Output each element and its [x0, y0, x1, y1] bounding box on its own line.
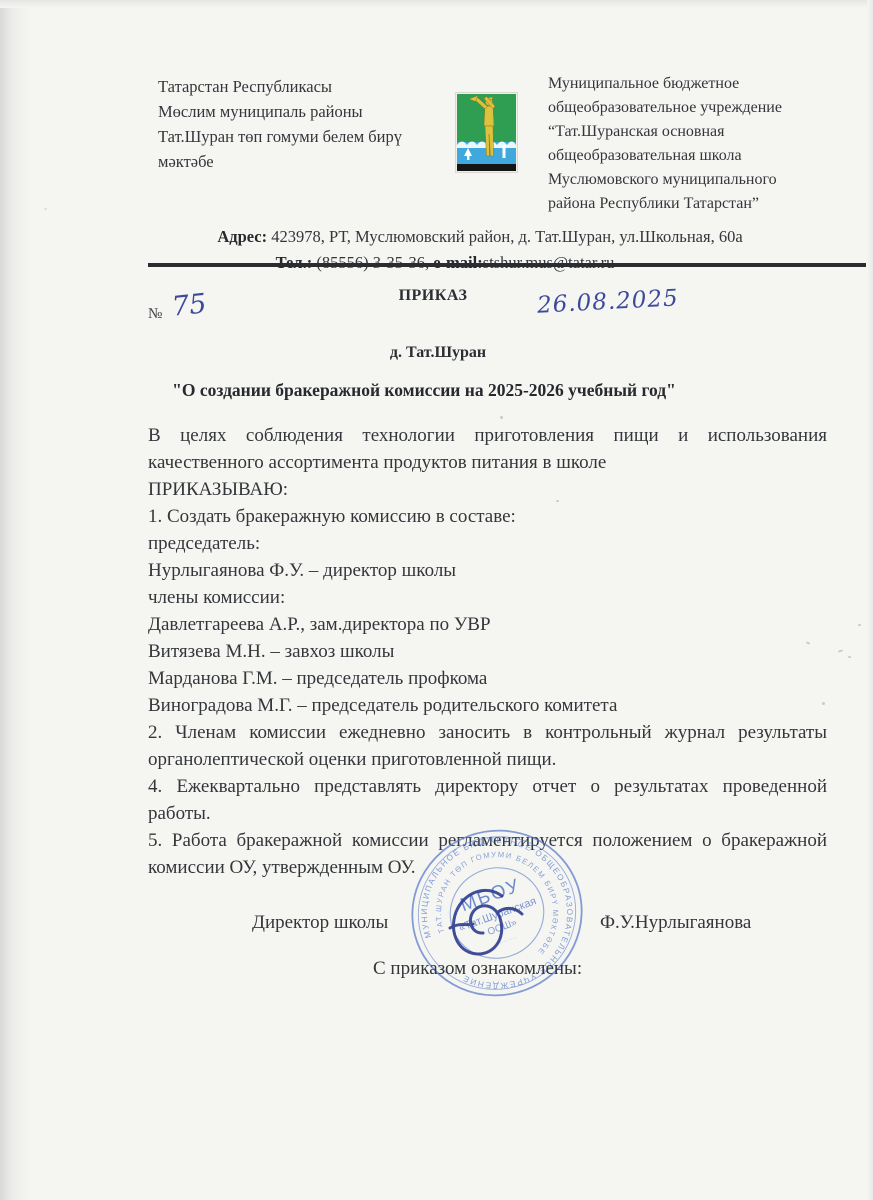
- org-name-russian-line: района Республики Татарстан”: [548, 192, 848, 216]
- order-number-label: №: [148, 306, 162, 323]
- director-name: Ф.У.Нурлыгаянова: [600, 912, 751, 934]
- body-paragraph: председатель:: [148, 530, 827, 557]
- director-signature: [440, 882, 550, 966]
- body-paragraph: Давлетгареева А.Р., зам.директора по УВР: [148, 611, 827, 638]
- divider-rule: [148, 263, 866, 267]
- order-heading: ПРИКАЗ: [0, 287, 866, 305]
- scanned-order-document: Татарстан Республикасы Мөслим муниципаль…: [0, 0, 873, 1200]
- contact-block: Адрес: 423978, РТ, Муслюмовский район, д…: [140, 224, 820, 276]
- org-name-tatar-line: мәктәбе: [158, 149, 402, 174]
- acknowledgement-line: С приказом ознакомлены:: [373, 958, 582, 980]
- body-paragraph: члены комиссии:: [148, 584, 827, 611]
- order-title: "О создании бракеражной комиссии на 2025…: [0, 380, 848, 401]
- body-paragraph: 2. Членам комиссии ежедневно заносить в …: [148, 719, 827, 773]
- scan-speck: [848, 656, 851, 658]
- org-name-russian-line: “Тат.Шуранская основная: [548, 120, 848, 144]
- scan-speck: [556, 500, 559, 502]
- body-paragraph: В целях соблюдения технологии приготовле…: [148, 422, 827, 476]
- contact-address-line: Адрес: 423978, РТ, Муслюмовский район, д…: [140, 224, 820, 250]
- org-name-russian-line: Муслюмовского муниципального: [548, 168, 848, 192]
- coat-of-arms-icon: [455, 92, 518, 173]
- scan-edge-shadow-left: [0, 0, 30, 1200]
- body-paragraph: ПРИКАЗЫВАЮ:: [148, 476, 827, 503]
- body-paragraph: Марданова Г.М. – председатель профкома: [148, 665, 827, 692]
- director-role-label: Директор школы: [252, 912, 388, 934]
- scan-speck: [858, 624, 861, 626]
- body-paragraph: Нурлыгаянова Ф.У. – директор школы: [148, 557, 827, 584]
- order-body: В целях соблюдения технологии приготовле…: [148, 422, 827, 881]
- org-name-tatar-line: Татарстан Республикасы: [158, 74, 402, 99]
- scan-speck: [500, 416, 503, 419]
- place-line: д. Тат.Шуран: [0, 344, 873, 362]
- scan-speck: [838, 649, 843, 652]
- org-name-tatar-line: Тат.Шуран төп гомуми белем бирү: [158, 124, 402, 149]
- scan-edge-shadow-right: [867, 0, 873, 1200]
- body-paragraph: Витязева М.Н. – завхоз школы: [148, 638, 827, 665]
- org-name-russian-line: Муниципальное бюджетное: [548, 72, 848, 96]
- address-value: 423978, РТ, Муслюмовский район, д. Тат.Ш…: [267, 227, 743, 246]
- org-name-russian-line: общеобразовательная школа: [548, 144, 848, 168]
- body-paragraph: Виноградова М.Г. – председатель родитель…: [148, 692, 827, 719]
- scan-edge-shadow-top: [0, 0, 873, 8]
- scan-speck: [44, 208, 47, 210]
- address-label: Адрес:: [217, 227, 267, 246]
- order-number-handwritten: 75: [170, 288, 207, 322]
- org-name-russian: Муниципальное бюджетное общеобразователь…: [548, 72, 848, 216]
- org-name-tatar: Татарстан Республикасы Мөслим муниципаль…: [158, 74, 402, 174]
- scan-speck: [822, 702, 825, 705]
- body-paragraph: 4. Ежеквартально представлять директору …: [148, 773, 827, 827]
- org-name-russian-line: общеобразовательное учреждение: [548, 96, 848, 120]
- org-name-tatar-line: Мөслим муниципаль районы: [158, 99, 402, 124]
- body-paragraph: 1. Создать бракеражную комиссию в состав…: [148, 503, 827, 530]
